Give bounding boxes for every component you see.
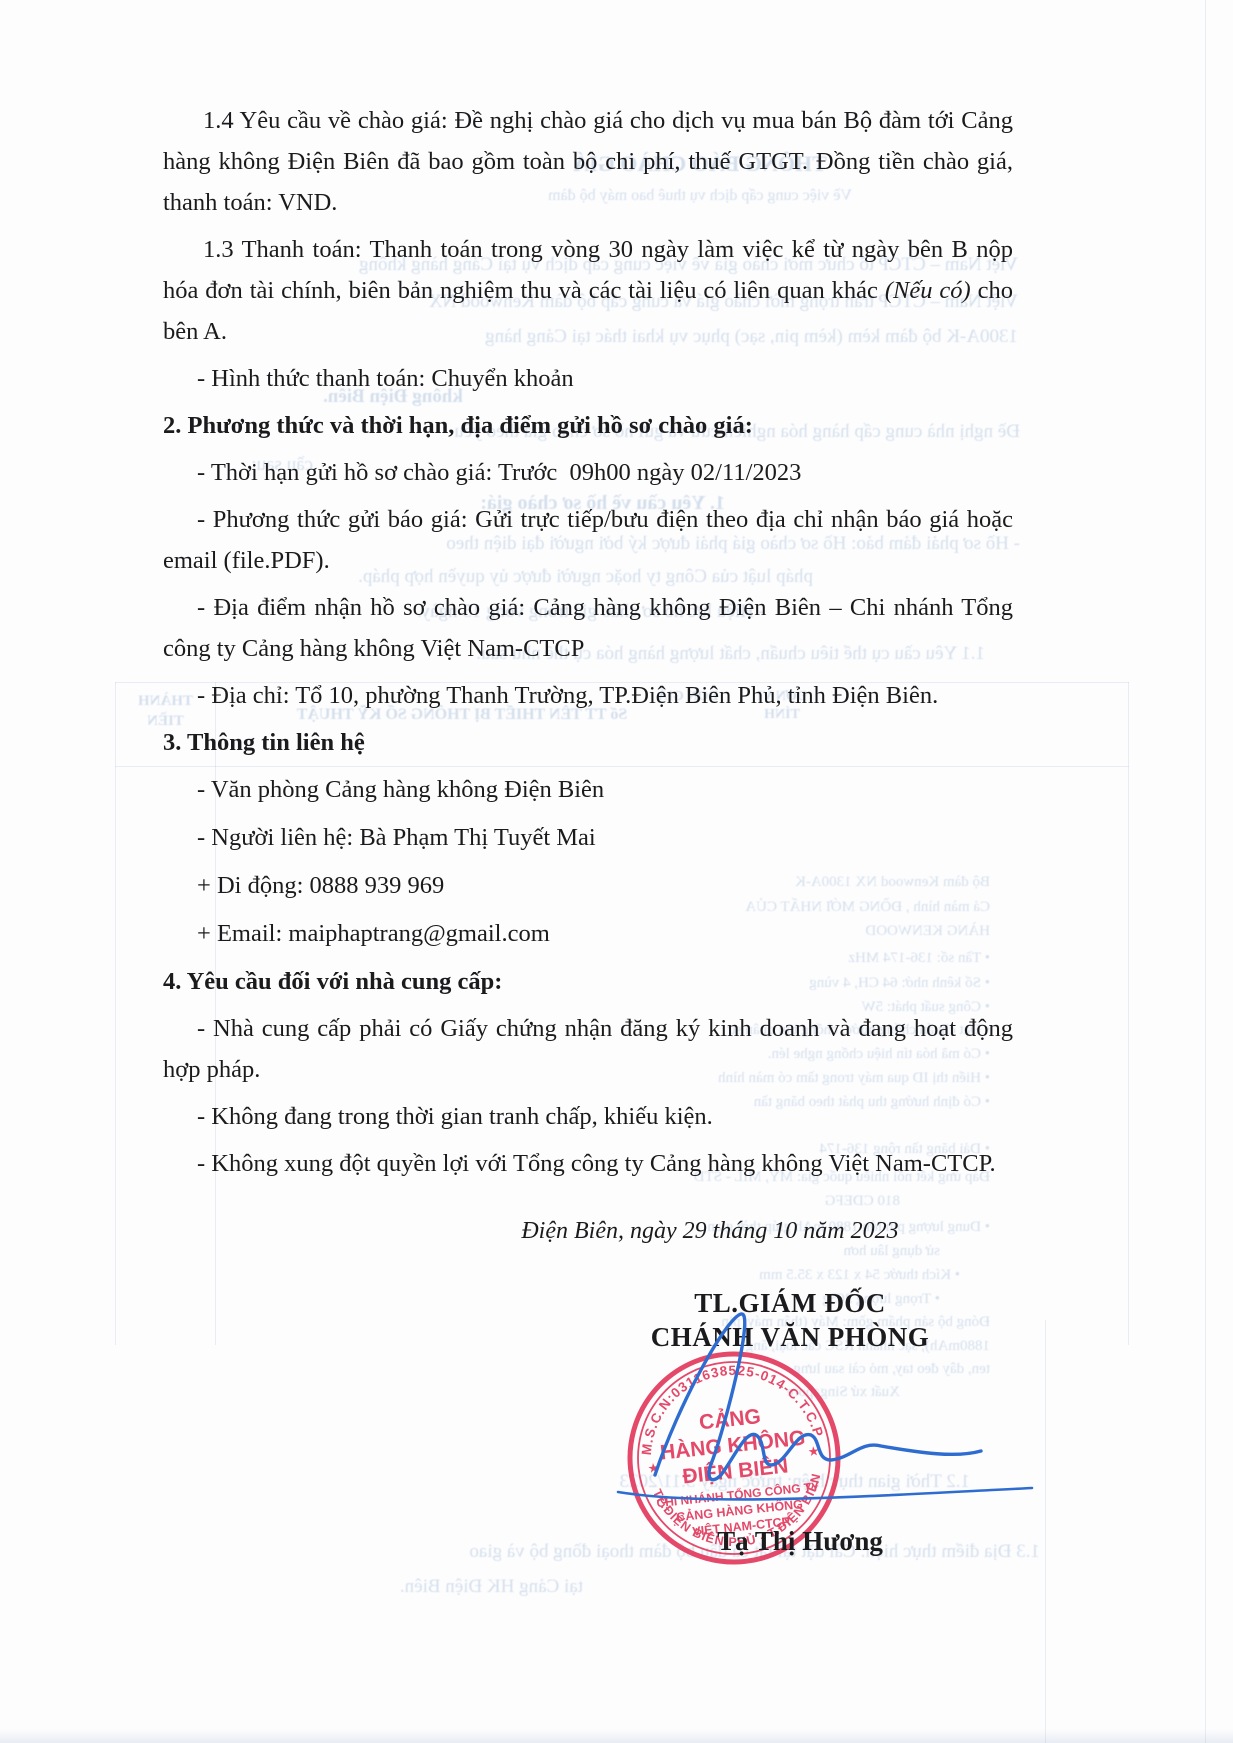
deadline-line: - Thời hạn gửi hồ sơ chào giá: Trước 09h… [163,452,1013,493]
address-line: - Địa chỉ: Tổ 10, phường Thanh Trường, T… [163,675,1013,716]
section-4-heading: 4. Yêu cầu đối với nhà cung cấp: [163,961,1013,1002]
supplier-req-3: - Không xung đột quyền lợi với Tổng công… [163,1143,1013,1184]
clause-1-4: 1.4 Yêu cầu về chào giá: Đề nghị chào gi… [163,100,1013,223]
office-line: - Văn phòng Cảng hàng không Điện Biên [163,769,1013,810]
signer-name: Tạ Thị Hương [610,1526,990,1557]
scan-edge-band [0,1729,1233,1743]
clause-1-3: 1.3 Thanh toán: Thanh toán trong vòng 30… [163,229,1013,352]
supplier-req-1: - Nhà cung cấp phải có Giấy chứng nhận đ… [163,1008,1013,1090]
method-line: - Phương thức gửi báo giá: Gửi trực tiếp… [163,499,1013,581]
ghost-line: tại Cảng HK Điện Biên. [163,1575,583,1600]
signature-flourish [655,1314,981,1480]
ghost-table-border [1128,682,1129,1345]
ghost-page-edge [1205,0,1206,1743]
ghost-table-border [115,682,116,1345]
letter-body: 1.4 Yêu cầu về chào giá: Đề nghị chào gi… [163,100,1013,1190]
scanned-document-page: THÔNG BÁO CHÀO GIÁ Về việc cung cấp dịch… [0,0,1233,1743]
signature-stroke [560,1280,1080,1520]
place-date-line: Điện Biên, ngày 29 tháng 10 năm 2023 [430,1218,990,1245]
supplier-req-2: - Không đang trong thời gian tranh chấp,… [163,1096,1013,1137]
payment-form-line: - Hình thức thanh toán: Chuyển khoản [163,358,1013,399]
section-2-heading: 2. Phương thức và thời hạn, địa điểm gửi… [163,405,1013,446]
phone-line: + Di động: 0888 939 969 [163,865,1013,906]
clause-1-3-italic-note: (Nếu có) [885,277,971,304]
email-line: + Email: maiphaptrang@gmail.com [163,913,1013,954]
section-3-heading: 3. Thông tin liên hệ [163,722,1013,763]
ghost-line: 810 CDEFG [700,1192,900,1212]
signature-underline [618,1488,1032,1499]
contact-person-line: - Người liên hệ: Bà Phạm Thị Tuyết Mai [163,817,1013,858]
location-line: - Địa điểm nhận hồ sơ chào giá: Cảng hàn… [163,587,1013,669]
